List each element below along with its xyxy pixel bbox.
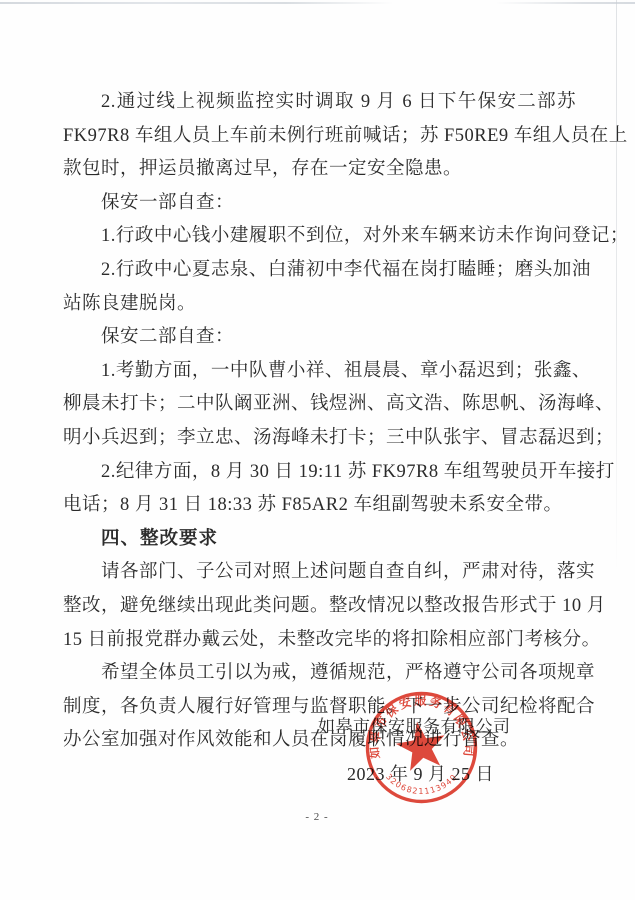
section-heading: 四、整改要求 xyxy=(63,523,576,557)
doc-line: 电话；8 月 31 日 18:33 苏 F85AR2 车组副驾驶未系安全带。 xyxy=(63,489,576,523)
doc-line: FK97R8 车组人员上车前未例行班前喊话；苏 F50RE9 车组人员在上 xyxy=(63,120,576,154)
doc-line: 请各部门、子公司对照上述问题自查自纠，严肃对待，落实 xyxy=(63,556,576,590)
doc-line: 保安二部自查： xyxy=(63,321,576,355)
doc-line: 希望全体员工引以为戒，遵循规范，严格遵守公司各项规章 xyxy=(63,657,576,691)
doc-line: 款包时，押运员撤离过早，存在一定安全隐患。 xyxy=(63,153,576,187)
page-number: - 2 - xyxy=(287,811,347,823)
doc-line: 明小兵迟到；李立忠、汤海峰未打卡；三中队张宇、冒志磊迟到； xyxy=(63,422,576,456)
doc-line: 站陈良建脱岗。 xyxy=(63,288,576,322)
scan-artifact-top-line xyxy=(0,2,635,4)
signature-date: 2023 年 9 月 25 日 xyxy=(347,760,494,786)
doc-line: 柳晨未打卡；二中队阚亚洲、钱煜洲、高文浩、陈思帆、汤海峰、 xyxy=(63,388,576,422)
scan-artifact-right-line xyxy=(616,0,617,575)
doc-line: 1.考勤方面，一中队曹小祥、祖晨晨、章小磊迟到；张鑫、 xyxy=(63,355,576,389)
doc-line: 15 日前报党群办戴云处，未整改完毕的将扣除相应部门考核分。 xyxy=(63,624,576,658)
document-body: 2.通过线上视频监控实时调取 9 月 6 日下午保安二部苏 FK97R8 车组人… xyxy=(63,86,576,758)
scanned-document-page: 2.通过线上视频监控实时调取 9 月 6 日下午保安二部苏 FK97R8 车组人… xyxy=(0,0,635,900)
doc-line: 2.通过线上视频监控实时调取 9 月 6 日下午保安二部苏 xyxy=(63,86,576,120)
doc-line: 整改，避免继续出现此类问题。整改情况以整改报告形式于 10 月 xyxy=(63,590,576,624)
doc-line: 1.行政中心钱小建履职不到位，对外来车辆来访未作询问登记； xyxy=(63,220,576,254)
doc-line: 2.纪律方面，8 月 30 日 19:11 苏 FK97R8 车组驾驶员开车接打 xyxy=(63,456,576,490)
doc-line: 2.行政中心夏志泉、白蒲初中李代福在岗打瞌睡；磨头加油 xyxy=(63,254,576,288)
doc-line: 保安一部自查： xyxy=(63,187,576,221)
signature-company-name: 如皋市保安服务有限公司 xyxy=(318,712,511,737)
